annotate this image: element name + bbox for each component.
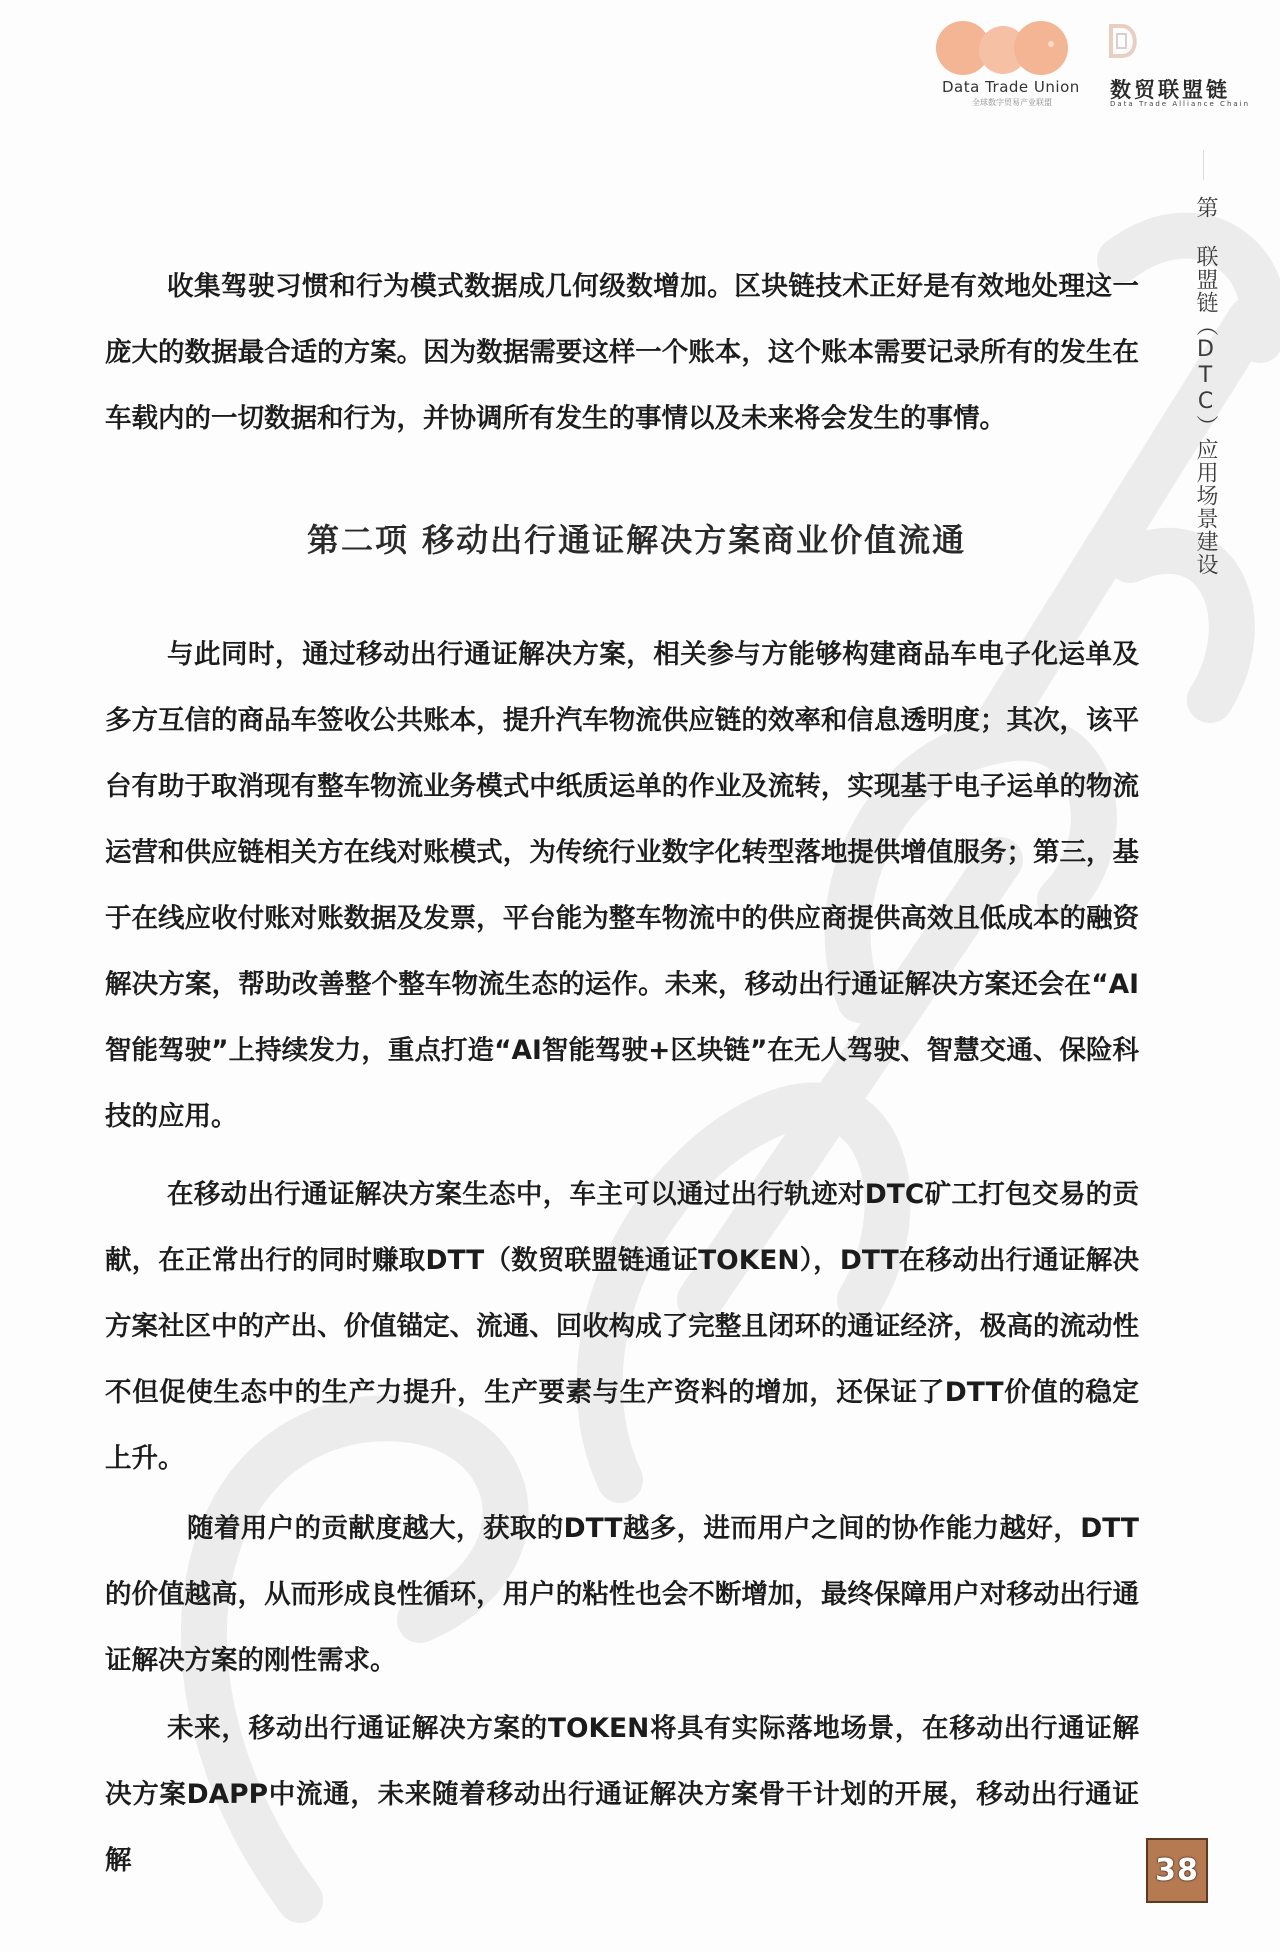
logo-circles-icon [935, 20, 1070, 76]
paragraph-5: 未来，移动出行通证解决方案的TOKEN将具有实际落地场景，在移动出行通证解决方案… [105, 1696, 1139, 1894]
paragraph-4: 随着用户的贡献度越大，获取的DTT越多，进而用户之间的协作能力越好，DTT的价值… [105, 1496, 1139, 1694]
data-trade-union-logo: Data Trade Union 全球数字贸易产业联盟 [930, 16, 1075, 106]
logo-d-mark-icon [1108, 22, 1142, 60]
paragraph-1: 收集驾驶习惯和行为模式数据成几何级数增加。区块链技术正好是有效地处理这一庞大的数… [105, 254, 1139, 452]
logo-name: Data Trade Union [942, 78, 1080, 96]
alliance-chain-logo: 数贸联盟链 Data Trade Alliance Chain [1108, 20, 1280, 110]
logo-subtitle: Data Trade Alliance Chain [1110, 100, 1250, 108]
section-heading: 第二项 移动出行通证解决方案商业价值流通 [307, 518, 966, 562]
paragraph-2: 与此同时，通过移动出行通证解决方案，相关参与方能够构建商品车电子化运单及多方互信… [105, 622, 1139, 1150]
paragraph-3: 在移动出行通证解决方案生态中，车主可以通过出行轨迹对DTC矿工打包交易的贡献，在… [105, 1162, 1139, 1492]
page-number: 38 [1155, 1853, 1199, 1888]
page-number-badge: 38 [1146, 1838, 1208, 1903]
chapter-side-label: 第 联盟链（DTC）应用场景建设 [1192, 196, 1218, 576]
logo-subtitle: 全球数字贸易产业联盟 [972, 97, 1052, 108]
side-divider [1203, 150, 1204, 180]
